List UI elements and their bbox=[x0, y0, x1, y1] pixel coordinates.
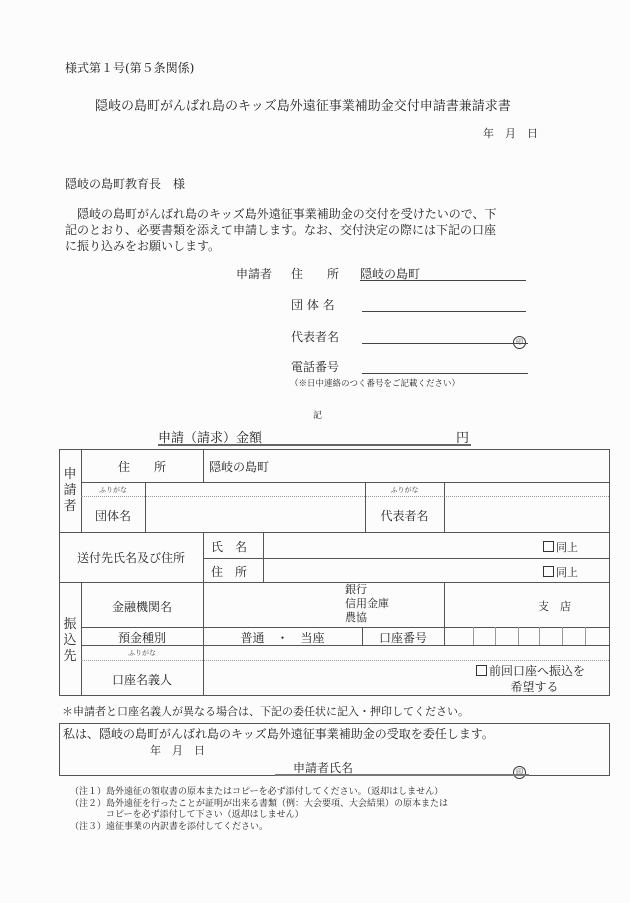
addressee: 隠岐の島町教育長 様 bbox=[65, 175, 185, 192]
send-label: 送付先氏名及び住所 bbox=[59, 549, 203, 566]
bank-name-field[interactable] bbox=[205, 584, 343, 626]
account-holder-label: 口座名義人 bbox=[81, 671, 203, 688]
same-as-above-address-checkbox[interactable]: 同上 bbox=[543, 564, 578, 580]
deposit-type-label: 預金種別 bbox=[81, 629, 203, 646]
body-paragraph: 隠岐の島町がんばれ島のキッズ島外遠征事業補助金の交付を受けたいので、下 記のとお… bbox=[65, 206, 497, 254]
bank-type-bank[interactable]: 銀行 bbox=[345, 583, 389, 597]
group-furigana-field[interactable] bbox=[147, 484, 363, 495]
table-address-field[interactable]: 隠岐の島町 bbox=[209, 458, 604, 474]
delegation-text: 私は、隠岐の島町がんばれ島のキッズ島外遠征事業補助金の受取を委任します。 bbox=[63, 725, 494, 742]
applicant-rep-label: 代表者名 bbox=[291, 328, 339, 345]
page-title: 隠岐の島町がんばれ島のキッズ島外遠征事業補助金交付申請書兼請求書 bbox=[95, 95, 511, 114]
send-address-field[interactable] bbox=[268, 562, 538, 578]
table-rep-label: 代表者名 bbox=[365, 507, 444, 524]
furigana-label: ふりがな bbox=[365, 485, 444, 495]
seal-icon: 印 bbox=[513, 759, 526, 779]
deposit-type-options[interactable]: 普通 ・ 当座 bbox=[203, 629, 362, 646]
notes: （注１）島外遠征の領収書の原本またはコピーを必ず添付してください。（返却はしませ… bbox=[70, 787, 448, 833]
applicant-phone-field[interactable] bbox=[362, 358, 528, 372]
bank-type-shinkin[interactable]: 信用金庫 bbox=[345, 597, 389, 611]
applicant-rep-field[interactable] bbox=[362, 328, 512, 342]
table-group-label: 団体名 bbox=[81, 507, 145, 524]
date-label: 年 月 日 bbox=[483, 125, 538, 141]
table-rep-field[interactable] bbox=[448, 505, 606, 525]
note-2: （注２）島外遠征を行ったことが証明が出来る書類（例：大会要項、大会結果）の原本ま… bbox=[70, 799, 448, 811]
furigana-label: ふりがな bbox=[81, 485, 145, 495]
branch-name-field[interactable] bbox=[446, 584, 526, 626]
send-address-label: 住 所 bbox=[211, 563, 247, 580]
branch-label: 支 店 bbox=[538, 598, 571, 614]
send-name-label: 氏 名 bbox=[211, 538, 247, 555]
applicant-group-label: 団 体 名 bbox=[291, 296, 335, 313]
applicant-phone-label: 電話番号 bbox=[291, 358, 339, 375]
checkbox-icon bbox=[476, 665, 487, 676]
table-applicant-side-label: 申請者 bbox=[62, 467, 78, 515]
table-address-label: 住 所 bbox=[81, 458, 203, 475]
delegation-note: ＊申請者と口座名義人が異なる場合は、下記の委任状に記入・押印してください。 bbox=[62, 703, 469, 719]
holder-furigana-field[interactable] bbox=[205, 647, 607, 659]
applicant-label: 申請者 bbox=[236, 265, 272, 282]
rep-furigana-field[interactable] bbox=[446, 484, 607, 495]
send-name-field[interactable] bbox=[268, 538, 538, 554]
note-3: （注３）遠征事業の内訳書を添付してください。 bbox=[70, 822, 448, 834]
applicant-group-field[interactable] bbox=[362, 296, 526, 310]
account-number-field[interactable] bbox=[445, 628, 608, 644]
table-transfer-side-label: 振込先 bbox=[62, 617, 78, 665]
previous-account-checkbox[interactable]: 前回口座へ振込を 希望する bbox=[476, 663, 585, 695]
applicant-address-label: 住 所 bbox=[291, 265, 339, 282]
bank-label: 金融機関名 bbox=[81, 598, 203, 615]
delegation-name-field[interactable] bbox=[360, 758, 510, 772]
table-group-field[interactable] bbox=[150, 505, 362, 525]
amount-field[interactable] bbox=[280, 427, 450, 442]
phone-note: （※日中連絡のつく番号をご記載ください） bbox=[290, 377, 460, 389]
checkbox-icon bbox=[543, 541, 554, 552]
bank-type-nokyo[interactable]: 農協 bbox=[345, 611, 389, 625]
form-number: 様式第１号(第５条関係) bbox=[65, 59, 194, 76]
same-as-above-name-checkbox[interactable]: 同上 bbox=[543, 539, 578, 555]
seal-icon: 印 bbox=[513, 329, 526, 349]
bank-type-options: 銀行 信用金庫 農協 bbox=[345, 583, 389, 625]
note-2-cont: コピーを必ず添付して下さい（返却はしません） bbox=[70, 810, 448, 822]
delegation-date[interactable]: 年 月 日 bbox=[150, 742, 205, 758]
note-1: （注１）島外遠征の領収書の原本またはコピーを必ず添付してください。（返却はしませ… bbox=[70, 787, 448, 799]
account-holder-field[interactable] bbox=[207, 664, 467, 692]
furigana-label: ふりがな bbox=[81, 648, 203, 658]
account-number-label: 口座番号 bbox=[362, 629, 444, 646]
ki-label: 記 bbox=[313, 408, 322, 421]
checkbox-icon bbox=[543, 566, 554, 577]
